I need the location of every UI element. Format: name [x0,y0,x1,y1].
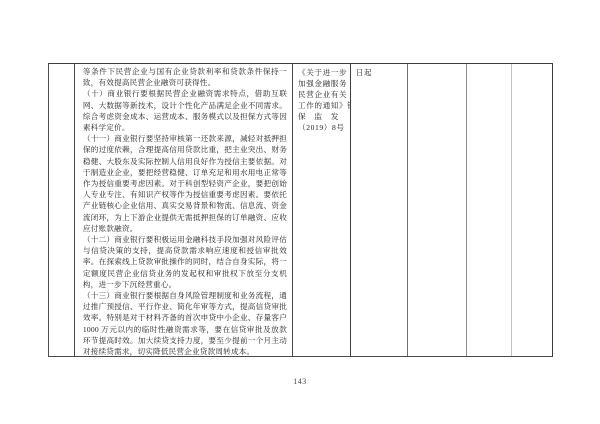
row-index-cell [49,64,74,356]
reference-line: 民营企业有关 [298,89,346,100]
reference-line-list: 《关于进一步加强金融服务民营企业有关工作的通知》银保 监 发（2019）8号 [298,67,346,133]
measure-paragraph: （十二）商业银行要积极运用金融科技手段加强对风险评估与信贷决策的支持，提高贷款需… [83,234,287,290]
reference-line: 《关于进一步 [298,67,346,78]
effective-date-cell: 日起 [350,64,407,356]
empty-cell-7 [511,64,552,356]
reference-line: 工作的通知》银 [298,100,346,111]
measure-paragraph: （十）商业银行要根据民营企业融资需求特点，借助互联网、大数据等新技术，设计个性化… [83,88,287,133]
reference-line: 保 监 发 [298,111,346,122]
page-number: 143 [0,377,600,386]
reference-line: （2019）8号 [298,122,346,133]
document-table: 等条件下民营企业与国有企业贷款利率和贷款条件保持一致，有效提高民营企业融资可获得… [48,63,553,357]
reference-document-cell: 《关于进一步加强金融服务民营企业有关工作的通知》银保 监 发（2019）8号 [292,64,350,356]
measure-paragraph: （十一）商业银行要坚持审核第一还款来源，减轻对抵押担保的过度依赖，合理提高信用贷… [83,133,287,234]
empty-cell-5 [407,64,467,356]
reference-line: 加强金融服务 [298,78,346,89]
measure-paragraph: （十三）商业银行要根据自身风险管理制度和业务流程，通过推广预授信、平行作业、简化… [83,290,287,356]
measure-paragraph-list: 等条件下民营企业与国有企业贷款利率和贷款条件保持一致，有效提高民营企业融资可获得… [83,66,287,356]
empty-cell-6 [466,64,511,356]
measure-paragraph: 等条件下民营企业与国有企业贷款利率和贷款条件保持一致，有效提高民营企业融资可获得… [83,66,287,88]
measures-cell: 等条件下民营企业与国有企业贷款利率和贷款条件保持一致，有效提高民营企业融资可获得… [74,64,292,356]
